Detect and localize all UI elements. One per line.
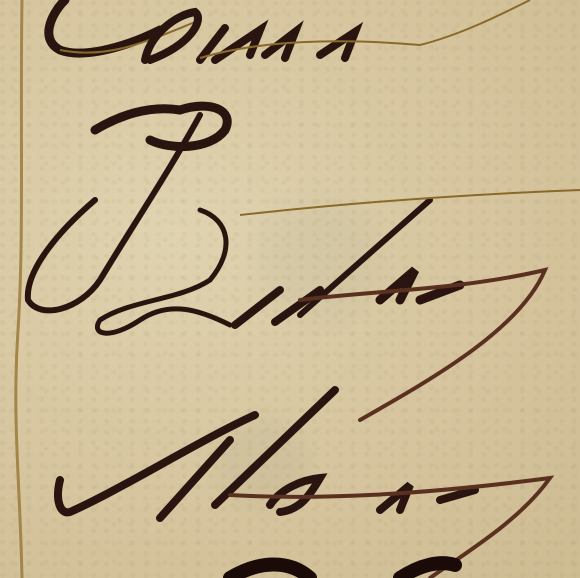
word-line-3 bbox=[58, 390, 550, 578]
word-line-1 bbox=[49, 0, 530, 60]
manuscript-page: …am Betsy Mary bbox=[0, 0, 580, 578]
margin-line bbox=[16, 0, 22, 578]
word-line-2 bbox=[28, 106, 580, 420]
handwriting-strokes bbox=[0, 0, 580, 578]
